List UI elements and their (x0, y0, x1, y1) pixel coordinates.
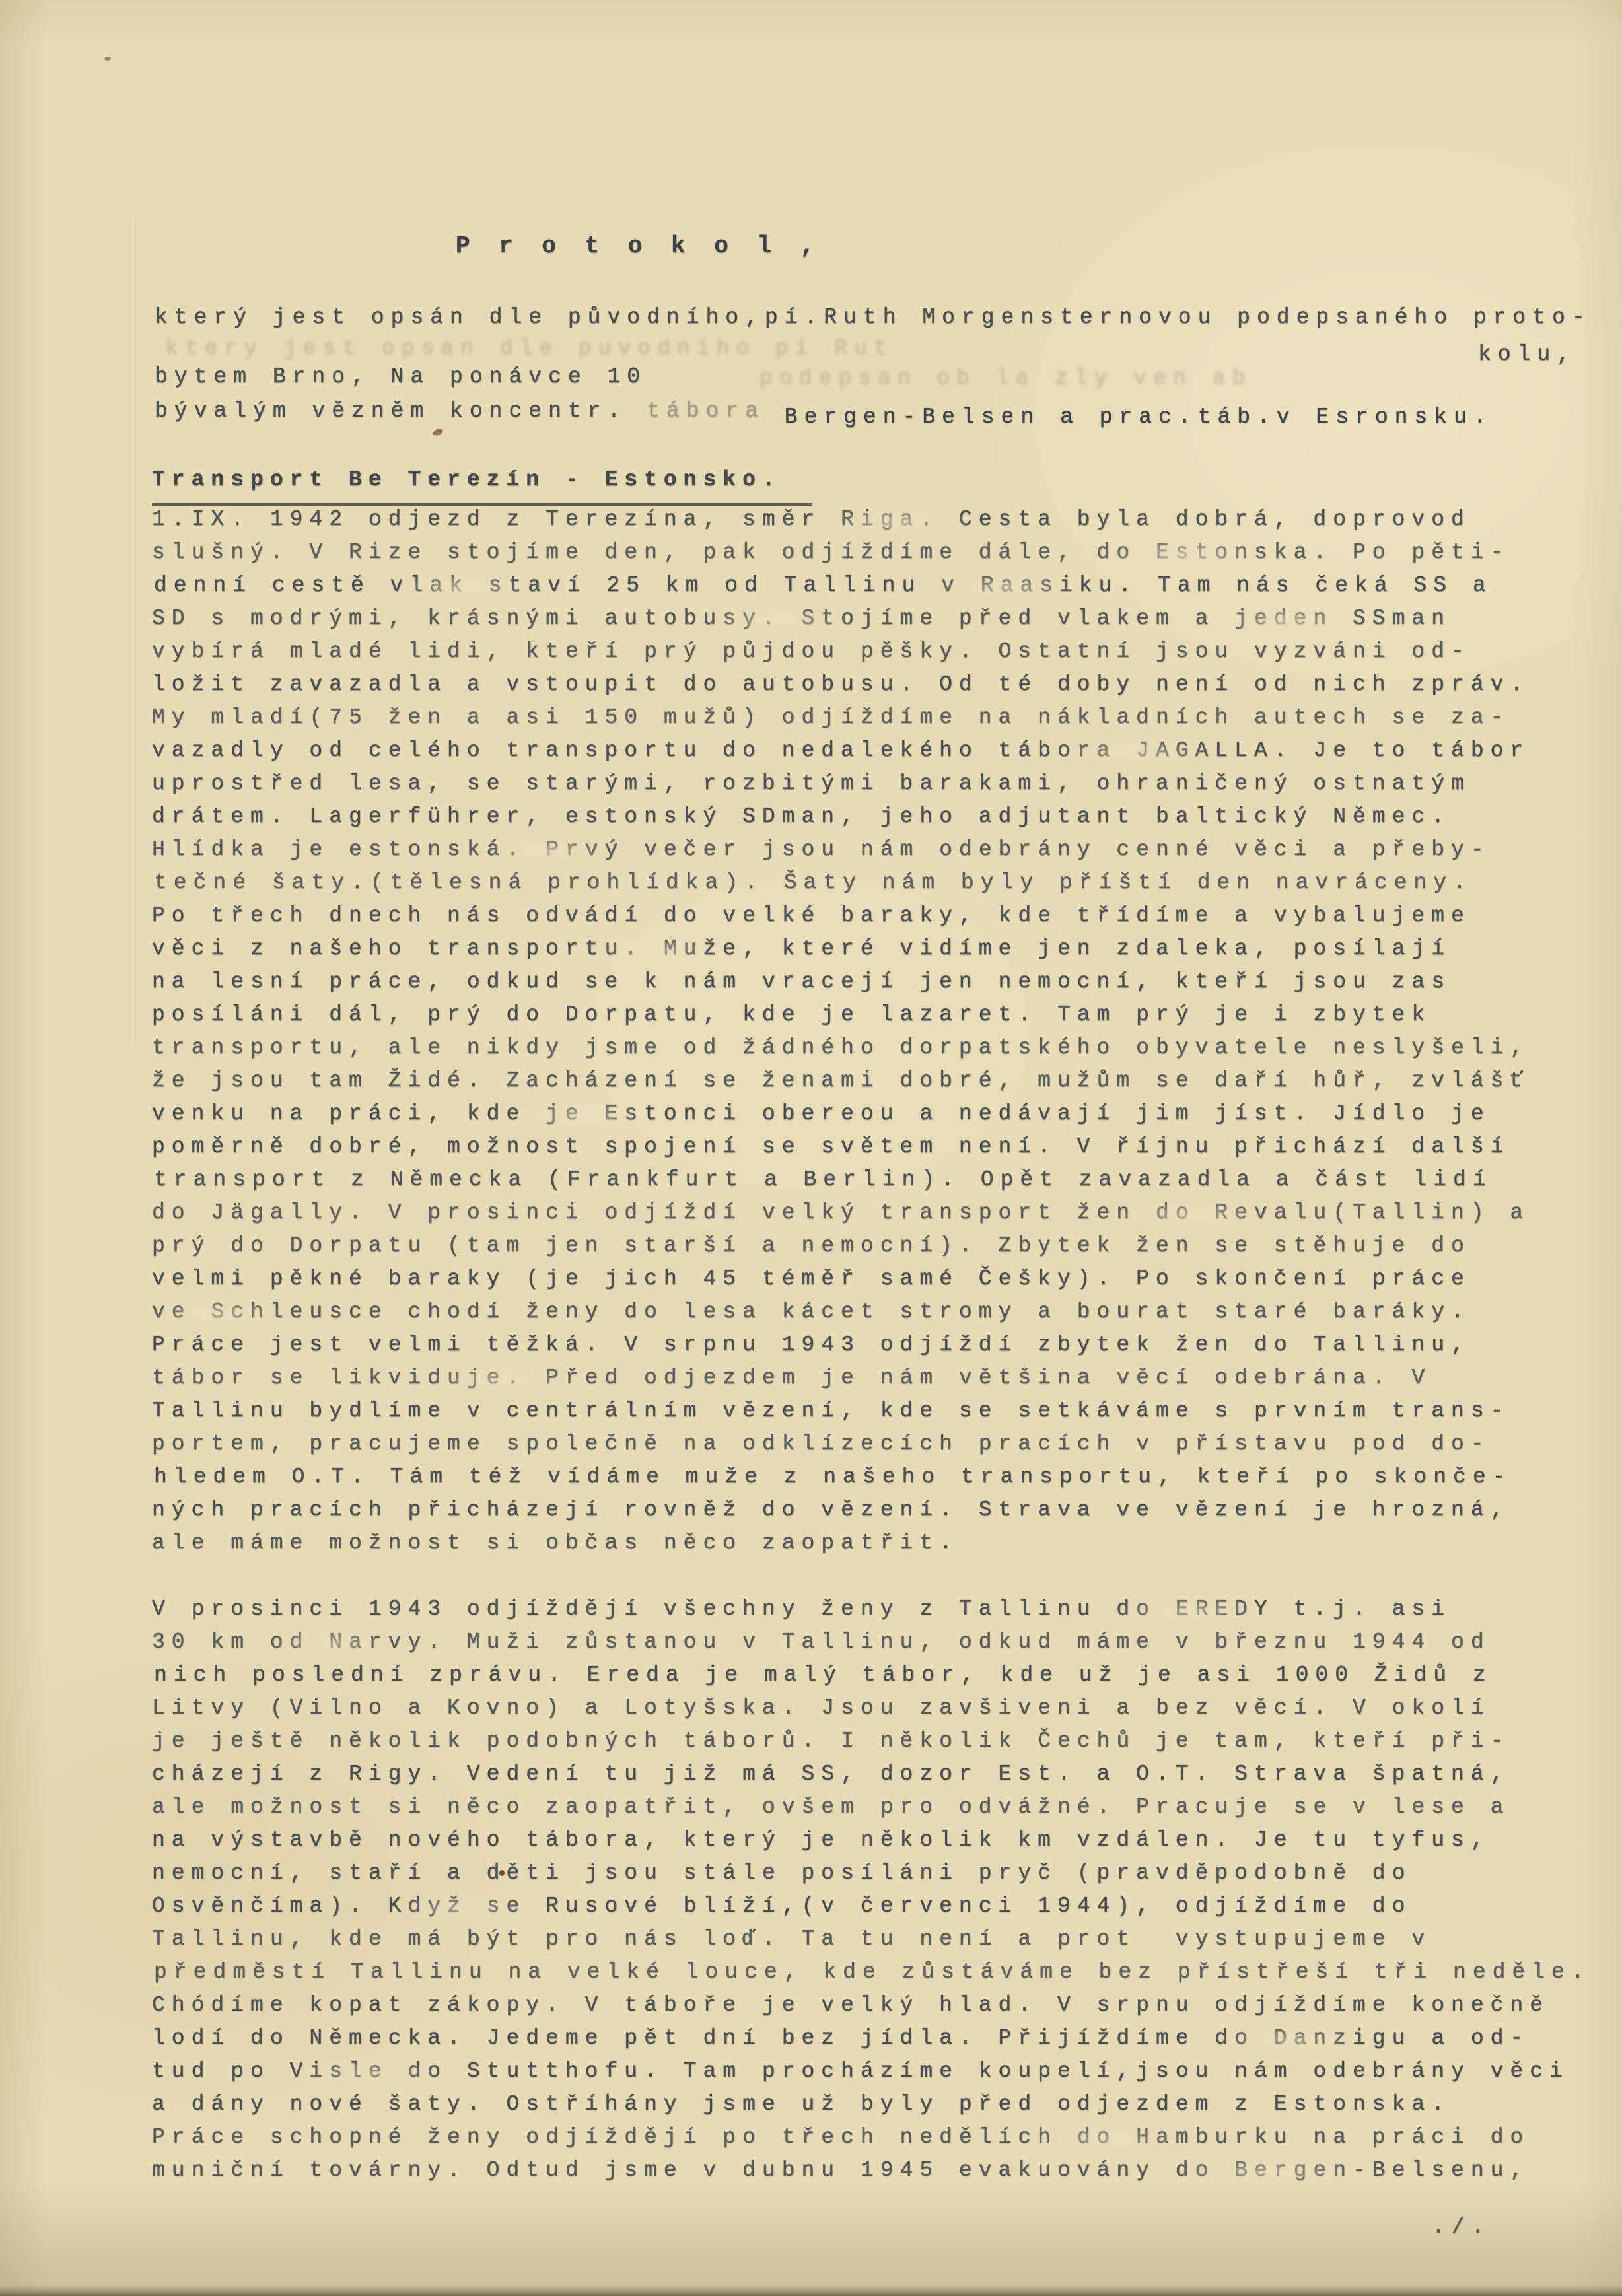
text-line: nemocní, staří a děti jsou stále posílán… (152, 1857, 1589, 1890)
text-line: SD s modrými, krásnými autobusy. Stojíme… (152, 602, 1530, 635)
text-line: Hlídka je estonská. Prvý večer jsou nám … (152, 833, 1530, 866)
text-line: tábor se likviduje. Před odjezdem je nám… (152, 1362, 1530, 1395)
paper-speck (432, 428, 444, 437)
paragraph-1: 1.IX. 1942 odjezd z Terezína, směr Riga.… (152, 503, 1530, 1560)
text-line: Tallinu bydlíme v centrálním vězení, kde… (152, 1395, 1530, 1428)
text-line: cházejí z Rigy. Vedení tu již má SS, doz… (152, 1758, 1589, 1791)
paper-speck (104, 57, 111, 61)
text-line: Práce schopné ženy odjíždějí po třech ne… (152, 2121, 1589, 2154)
text-line: ložit zavazadla a vstoupit do autobusu. … (152, 668, 1530, 701)
text-line: ve Schleusce chodí ženy do lesa kácet st… (152, 1296, 1530, 1329)
header-line-continuation: kolu, (1478, 338, 1576, 371)
header-line-1: který jest opsán dle původního,pí.Ruth M… (155, 301, 1592, 334)
text-line: do Jägally. V prosinci odjíždí velký tra… (152, 1197, 1530, 1230)
text-line: drátem. Lagerführer, estonský SDman, jeh… (152, 800, 1530, 833)
text-line: velmi pěkné baraky (je jich 45 téměř sam… (152, 1263, 1530, 1296)
text-line: Práce jest velmi těžká. V srpnu 1943 odj… (152, 1329, 1530, 1362)
text-line: Osvěnčíma). Když se Rusové blíží,(v červ… (152, 1890, 1589, 1923)
text-line: transport z Německa (Frankfurt a Berlin)… (154, 1164, 1532, 1197)
text-line: hledem O.T. Tám též vídáme muže z našeho… (154, 1461, 1532, 1494)
text-line: prý do Dorpatu (tam jen starší a nemocní… (152, 1230, 1530, 1263)
text-line: na lesní práce, odkud se k nám vracejí j… (152, 965, 1530, 998)
paper-crease (135, 218, 136, 1043)
text-line: ných pracích přicházejí rovněž do vězení… (152, 1494, 1530, 1527)
header-line-camps: bývalým vězněm koncentr. tábora Bergen-B… (155, 395, 1493, 428)
document-page: P r o t o k o l , ktery jest opsan dle p… (0, 0, 1622, 2296)
text-line: portem, pracujeme společně na odklízecíc… (152, 1428, 1530, 1461)
text-line: tečné šaty.(tělesná prohlídka). Šaty nám… (154, 866, 1532, 899)
paragraph-2: V prosinci 1943 odjíždějí všechny ženy z… (152, 1593, 1589, 2187)
page-continuation-mark: ./. (1432, 2211, 1491, 2244)
header-line-camps-right: Bergen-Belsen a prac.táb.v Esronsku. (785, 401, 1493, 434)
text-line: V prosinci 1943 odjíždějí všechny ženy z… (152, 1593, 1589, 1626)
text-line: je ještě několik podobných táborů. I něk… (152, 1725, 1589, 1758)
text-line: poměrně dobré, možnost spojení se světem… (152, 1131, 1530, 1164)
erased-ghost-text: podepsan ob la zly ven ab (759, 362, 1252, 395)
text-line: muniční továrny. Odtud jsme v dubnu 1945… (152, 2154, 1589, 2187)
text-line: na výstavbě nového tábora, který je něko… (152, 1824, 1589, 1857)
text-line: 30 km od Narvy. Muži zůstanou v Tallinu,… (152, 1626, 1589, 1659)
text-line: uprostřed lesa, se starými, rozbitými ba… (152, 767, 1530, 800)
text-line: vazadly od celého transportu do nedaleké… (152, 734, 1530, 767)
document-title: P r o t o k o l , (456, 230, 822, 263)
text-line: lodí do Německa. Jedeme pět dní bez jídl… (152, 2022, 1589, 2055)
text-line: Tallinu, kde má být pro nás loď. Ta tu n… (152, 1923, 1589, 1956)
text-line: ale máme možnost si občas něco zaopatřit… (152, 1527, 1530, 1560)
header-line-camps-left: bývalým vězněm koncentr. (155, 399, 647, 423)
text-line: 1.IX. 1942 odjezd z Terezína, směr Riga.… (152, 503, 1530, 536)
text-line: Litvy (Vilno a Kovno) a Lotyšska. Jsou z… (152, 1692, 1589, 1725)
text-line: My mladí(75 žen a asi 150 mužů) odjíždím… (152, 701, 1530, 734)
text-line: denní cestě vlak staví 25 km od Tallinu … (154, 569, 1532, 602)
text-line: vybírá mladé lidi, kteří prý půjdou pěšk… (152, 635, 1530, 668)
text-line: slušný. V Rize stojíme den, pak odjíždím… (152, 536, 1530, 569)
text-line: transportu, ale nikdy jsme od žádného do… (152, 1031, 1530, 1064)
text-line: že jsou tam Židé. Zacházení se ženami do… (152, 1064, 1530, 1097)
text-line: posíláni dál, prý do Dorpatu, kde je laz… (152, 998, 1530, 1031)
text-line: nich poslední zprávu. Ereda je malý tábo… (154, 1659, 1591, 1692)
text-line: ale možnost si něco zaopatřit, ovšem pro… (152, 1791, 1589, 1824)
text-line: Po třech dnech nás odvádí do velké barak… (152, 899, 1530, 932)
text-line: Chódíme kopat zákopy. V táboře je velký … (152, 1989, 1589, 2022)
text-line: a dány nové šaty. Ostříhány jsme už byly… (152, 2088, 1589, 2121)
text-line: věci z našeho transportu. Muže, které vi… (152, 932, 1530, 965)
header-line-address: bytem Brno, Na ponávce 10 (155, 361, 647, 394)
section-heading: Transport Be Terezín - Estonsko. (152, 464, 812, 506)
text-line: tud po Visle do Stutthofu. Tam procházím… (152, 2055, 1589, 2088)
text-line: předměstí Tallinu na velké louce, kde zů… (154, 1956, 1591, 1989)
header-line-camps-faint-word: tábora (647, 399, 785, 423)
text-line: venku na práci, kde je Estonci obereou a… (152, 1097, 1530, 1131)
